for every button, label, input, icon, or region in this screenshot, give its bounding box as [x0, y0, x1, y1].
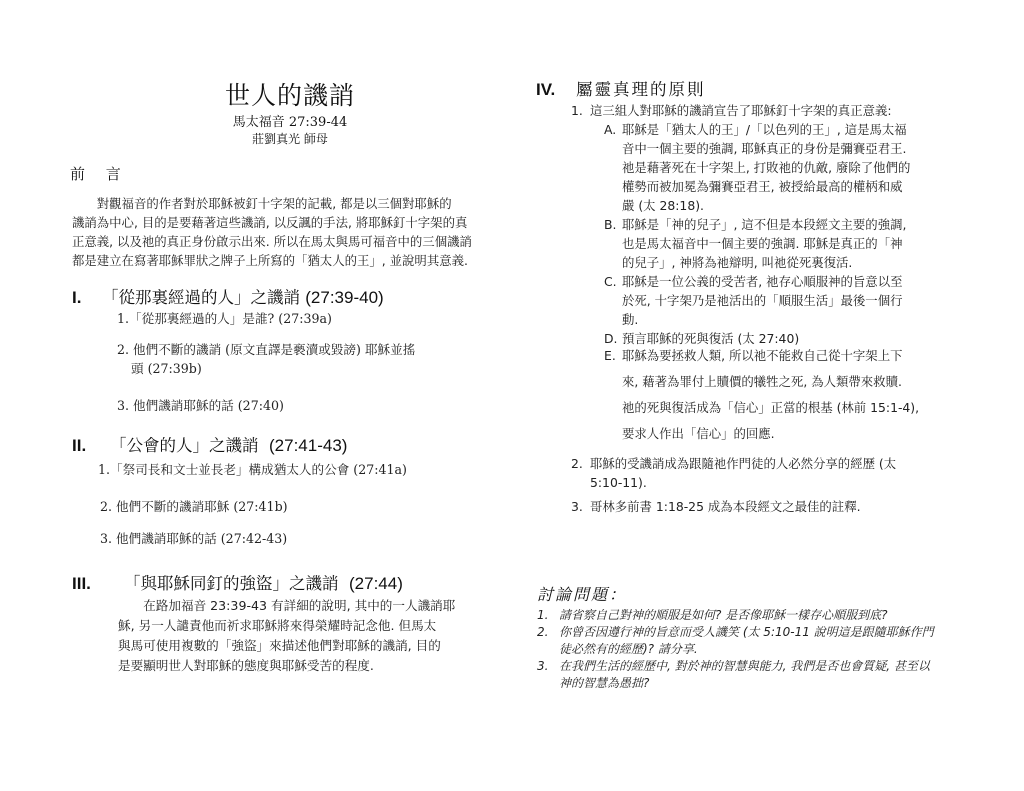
subpoint-line: 耶穌是「猶太人的王」/「以色列的王」, 這是馬太福 — [622, 120, 907, 139]
question-number: 2. — [537, 624, 559, 641]
question-line: 請省察自己對神的順服是如何? 是否像耶穌一樣存心順服到底? — [559, 608, 888, 622]
section-paragraph-line: 與馬可使用複數的「強盜」來描述他們對耶穌的譏誚, 目的 — [118, 636, 441, 655]
section-heading-4: IV.屬靈真理的原則 — [536, 76, 706, 100]
preface-heading: 前 言 — [70, 163, 129, 184]
question-line: 你曾否因遵行神的旨意而受人譏笑 (太 5:10-11 說明這是跟隨耶穌作門 — [559, 625, 934, 639]
question-line: 在我們生活的經歷中, 對於神的智慧與能力, 我們是否也會質疑, 甚至以 — [559, 659, 930, 673]
subpoint-line: 音中一個主要的強調, 耶穌真正的身份是彌賽亞君王. — [622, 139, 906, 158]
section-heading-3: III.「與耶穌同釘的強盜」之譏誚 (27:44) — [72, 570, 403, 594]
section-numeral: IV. — [536, 80, 576, 100]
section-reference: (27:39-40) — [305, 288, 383, 307]
subpoint-line: 來, 藉著為罪付上贖價的犧牲之死, 為人類帶來救贖. — [622, 372, 902, 391]
outline-item: 3. 他們譏誚耶穌的話 (27:40) — [117, 396, 284, 415]
subpoint-label: B. — [604, 215, 616, 234]
section-numeral: I. — [72, 288, 102, 308]
principle-label: 3. — [571, 497, 583, 516]
discussion-question-1: 1.請省察自己對神的順服是如何? 是否像耶穌一樣存心順服到底? — [537, 607, 888, 624]
subpoint-line: 的兒子」, 神將為祂辯明, 叫祂從死裏復活. — [622, 253, 852, 272]
section-paragraph-line: 是要顯明世人對耶穌的態度與耶穌受苦的程度. — [118, 656, 374, 675]
principle-label: 1. — [571, 101, 583, 120]
section-heading-2: II.「公會的人」之譏誚 (27:41-43) — [72, 432, 347, 456]
section-title: 屬靈真理的原則 — [576, 80, 706, 99]
question-number: 3. — [537, 658, 559, 675]
subpoint-label: E. — [604, 346, 616, 365]
outline-item: 2. 他們不斷的譏誚耶穌 (27:41b) — [100, 497, 288, 516]
subpoint-line: 祂的死與復活成為「信心」正當的根基 (林前 15:1-4), — [622, 398, 919, 417]
principle-text: 這三組人對耶穌的譏誚宣告了耶穌釘十字架的真正意義: — [590, 101, 892, 120]
principle-line: 哥林多前書 1:18-25 成為本段經文之最佳的註釋. — [590, 497, 861, 516]
subpoint-label: A. — [604, 120, 616, 139]
outline-item: 2. 他們不斷的譏誚 (原文直譯是褻瀆或毀謗) 耶穌並搖 — [117, 340, 415, 359]
section-paragraph-line: 穌, 另一人譴責他而祈求耶穌將來得榮耀時記念他. 但馬太 — [118, 616, 436, 635]
preface-line: 都是建立在寫著耶穌罪狀之牌子上所寫的「猶太人的王」, 並說明其意義. — [72, 251, 468, 270]
discussion-question-3: 3.在我們生活的經歷中, 對於神的智慧與能力, 我們是否也會質疑, 甚至以 — [537, 658, 930, 675]
handout-page: 世人的譏誚 馬太福音 27:39-44 莊劉真光 師母 前 言 對觀福音的作者對… — [0, 0, 1024, 791]
subpoint-line: 耶穌是一位公義的受苦者, 祂存心順服神的旨意以至 — [622, 272, 902, 291]
scripture-reference: 馬太福音 27:39-44 — [0, 111, 580, 130]
subpoint-line: 要求人作出「信心」的回應. — [622, 424, 775, 443]
discussion-heading: 討論問題： — [537, 582, 627, 605]
section-title: 「與耶穌同釘的強盜」之譏誚 — [124, 574, 339, 593]
section-numeral: III. — [72, 574, 124, 594]
preface-line: 對觀福音的作者對於耶穌被釘十字架的記載, 都是以三個對耶穌的 — [72, 194, 452, 213]
subpoint-label: C. — [604, 272, 617, 291]
subpoint-line: 耶穌為要拯救人類, 所以祂不能救自己從十字架上下 — [622, 346, 902, 365]
outline-item: 1.「從那裏經過的人」是誰? (27:39a) — [117, 309, 332, 328]
preface-line: 譏誚為中心, 目的是要藉著這些譏誚, 以反諷的手法, 將耶穌釘十字架的真 — [72, 213, 467, 232]
subpoint-line: 耶穌是「神的兒子」, 這不但是本段經文主要的強調, — [622, 215, 906, 234]
outline-item: 1.「祭司長和文士並長老」構成猶太人的公會 (27:41a) — [98, 460, 407, 479]
question-number: 1. — [537, 607, 559, 624]
discussion-question-2: 2.你曾否因遵行神的旨意而受人譏笑 (太 5:10-11 說明這是跟隨耶穌作門 — [537, 624, 934, 641]
principle-label: 2. — [571, 454, 583, 473]
section-reference: (27:44) — [349, 574, 403, 593]
principle-line: 耶穌的受譏誚成為跟隨祂作門徒的人必然分享的經歷 (太 — [590, 454, 896, 473]
question-line: 徒必然有的經歷)? 請分享. — [559, 641, 698, 658]
question-line: 神的智慧為愚拙? — [559, 675, 649, 692]
author-name: 莊劉真光 師母 — [0, 130, 580, 147]
section-paragraph-line: 在路加福音 23:39-43 有詳細的說明, 其中的一人譏誚耶 — [118, 596, 455, 615]
outline-item: 頭 (27:39b) — [131, 359, 202, 378]
outline-item: 3. 他們譏誚耶穌的話 (27:42-43) — [100, 529, 287, 548]
section-reference: (27:41-43) — [269, 436, 347, 455]
subpoint-line: 動. — [622, 310, 638, 329]
subpoint-line: 祂是藉著死在十字架上, 打敗祂的仇敵, 廢除了他們的 — [622, 158, 910, 177]
subpoint-line: 於死, 十字架乃是祂活出的「順服生活」最後一個行 — [622, 291, 902, 310]
document-title: 世人的譏誚 — [0, 76, 580, 112]
section-numeral: II. — [72, 436, 110, 456]
preface-line: 正意義, 以及祂的真正身份啟示出來. 所以在馬太與馬可福音中的三個譏誚 — [72, 232, 472, 251]
section-title: 「從那裏經過的人」之譏誚 — [102, 288, 300, 307]
principle-line: 5:10-11). — [590, 473, 647, 492]
section-title: 「公會的人」之譏誚 — [110, 436, 259, 455]
subpoint-line: 也是馬太福音中一個主要的強調. 耶穌是真正的「神 — [622, 234, 902, 253]
section-heading-1: I.「從那裏經過的人」之譏誚 (27:39-40) — [72, 284, 384, 308]
subpoint-line: 權勢而被加冕為彌賽亞君王, 被授給最高的權柄和威 — [622, 177, 902, 196]
subpoint-line: 嚴 (太 28:18). — [622, 196, 704, 215]
